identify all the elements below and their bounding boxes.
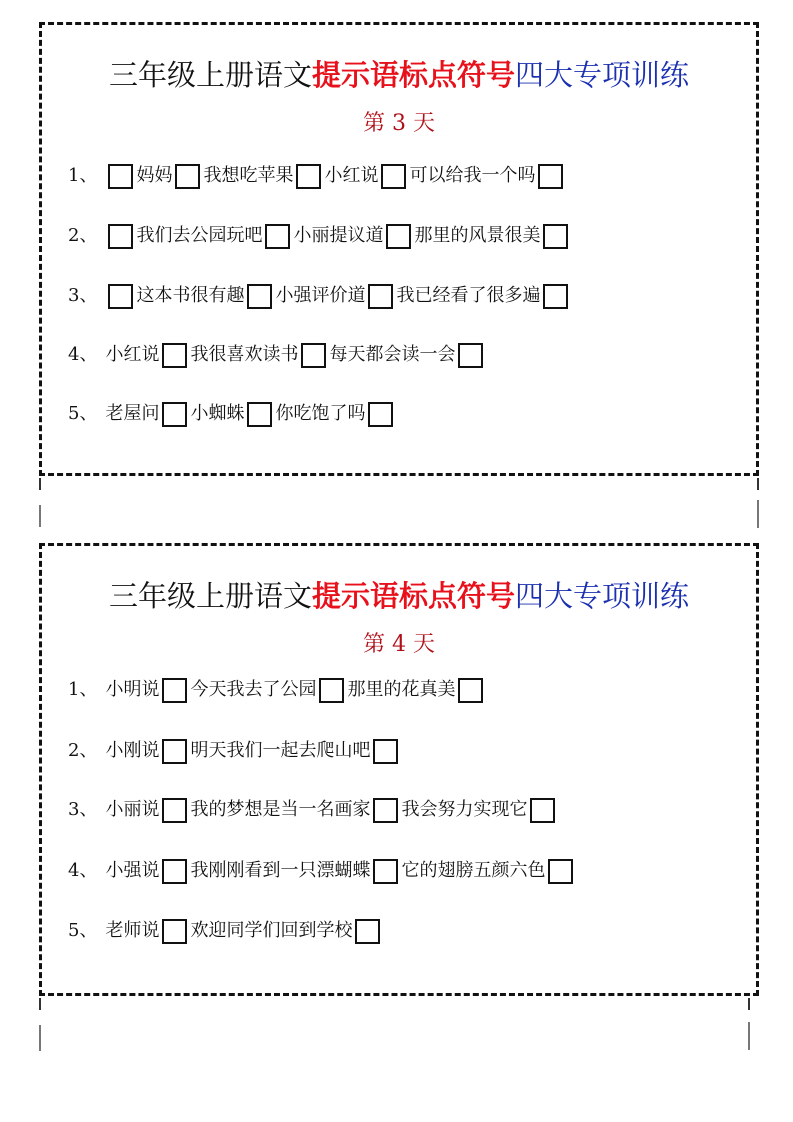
punctuation-blank[interactable]	[162, 739, 187, 764]
day-label: 第 4 天	[42, 630, 756, 660]
exercise-row: 3、 这本书很有趣 小强评价道 我已经看了很多遍	[68, 282, 571, 310]
punctuation-blank[interactable]	[162, 919, 187, 944]
title-grade-part: 三年级上册语文	[109, 579, 312, 613]
cut-line-segment	[757, 478, 759, 490]
cut-line-segment	[748, 998, 750, 1010]
sentence-segment: 明天我们一起去爬山吧	[190, 737, 370, 765]
punctuation-blank[interactable]	[162, 402, 187, 427]
punctuation-blank[interactable]	[458, 678, 483, 703]
punctuation-blank[interactable]	[301, 343, 326, 368]
sentence-segment: 小明说	[105, 676, 159, 704]
punctuation-blank[interactable]	[530, 798, 555, 823]
sentence-segment: 我已经看了很多遍	[396, 282, 540, 310]
sentence-segment: 我们去公园玩吧	[136, 222, 262, 250]
punctuation-blank[interactable]	[373, 739, 398, 764]
punctuation-blank[interactable]	[162, 798, 187, 823]
exercise-number: 5、	[68, 400, 97, 428]
punctuation-blank[interactable]	[108, 224, 133, 249]
sentence-segment: 小刚说	[105, 737, 159, 765]
sentence-segment: 它的翅膀五颜六色	[401, 857, 545, 885]
exercise-row: 5、 老师说 欢迎同学们回到学校	[68, 917, 383, 945]
exercise-row: 4、 小强说 我刚刚看到一只漂蝴蝶 它的翅膀五颜六色	[68, 857, 576, 885]
exercise-row: 5、 老屋问 小蜘蛛 你吃饱了吗	[68, 400, 396, 428]
punctuation-blank[interactable]	[373, 859, 398, 884]
worksheet-title: 三年级上册语文提示语标点符号四大专项训练	[42, 55, 756, 95]
punctuation-blank[interactable]	[458, 343, 483, 368]
sentence-segment: 我会努力实现它	[401, 796, 527, 824]
sentence-segment: 我想吃苹果	[203, 162, 293, 190]
punctuation-blank[interactable]	[538, 164, 563, 189]
sentence-segment: 你吃饱了吗	[275, 400, 365, 428]
punctuation-blank[interactable]	[386, 224, 411, 249]
punctuation-blank[interactable]	[368, 284, 393, 309]
exercise-number: 1、	[68, 676, 97, 704]
exercise-number: 2、	[68, 737, 97, 765]
exercise-row: 1、 妈妈 我想吃苹果 小红说 可以给我一个吗	[68, 162, 566, 190]
exercise-number: 2、	[68, 222, 97, 250]
punctuation-blank[interactable]	[543, 284, 568, 309]
punctuation-blank[interactable]	[265, 224, 290, 249]
punctuation-blank[interactable]	[175, 164, 200, 189]
sentence-segment: 老屋问	[105, 400, 159, 428]
punctuation-blank[interactable]	[162, 859, 187, 884]
exercise-row: 3、 小丽说 我的梦想是当一名画家 我会努力实现它	[68, 796, 558, 824]
exercise-number: 1、	[68, 162, 97, 190]
title-topic-part: 提示语标点符号	[312, 579, 515, 613]
sentence-segment: 可以给我一个吗	[409, 162, 535, 190]
sentence-segment: 欢迎同学们回到学校	[190, 917, 352, 945]
exercise-row: 4、 小红说 我很喜欢读书 每天都会读一会	[68, 341, 486, 369]
punctuation-blank[interactable]	[381, 164, 406, 189]
sentence-segment: 我很喜欢读书	[190, 341, 298, 369]
sentence-segment: 小强评价道	[275, 282, 365, 310]
punctuation-blank[interactable]	[368, 402, 393, 427]
punctuation-blank[interactable]	[247, 402, 272, 427]
cut-line-segment	[39, 505, 41, 527]
title-training-part: 四大专项训练	[515, 58, 689, 92]
sentence-segment: 这本书很有趣	[136, 282, 244, 310]
exercise-row: 2、 小刚说 明天我们一起去爬山吧	[68, 737, 401, 765]
punctuation-blank[interactable]	[108, 284, 133, 309]
exercise-row: 1、 小明说 今天我去了公园 那里的花真美	[68, 676, 486, 704]
title-training-part: 四大专项训练	[515, 579, 689, 613]
punctuation-blank[interactable]	[319, 678, 344, 703]
exercise-number: 3、	[68, 282, 97, 310]
sentence-segment: 小强说	[105, 857, 159, 885]
exercise-number: 4、	[68, 857, 97, 885]
day-label: 第 3 天	[42, 109, 756, 139]
punctuation-blank[interactable]	[355, 919, 380, 944]
punctuation-blank[interactable]	[548, 859, 573, 884]
cut-line-segment	[39, 998, 41, 1010]
exercise-number: 5、	[68, 917, 97, 945]
title-topic-part: 提示语标点符号	[312, 58, 515, 92]
punctuation-blank[interactable]	[162, 343, 187, 368]
sentence-segment: 小红说	[105, 341, 159, 369]
exercise-number: 3、	[68, 796, 97, 824]
sentence-segment: 小丽说	[105, 796, 159, 824]
sentence-segment: 那里的风景很美	[414, 222, 540, 250]
punctuation-blank[interactable]	[108, 164, 133, 189]
punctuation-blank[interactable]	[373, 798, 398, 823]
sentence-segment: 每天都会读一会	[329, 341, 455, 369]
worksheet-title: 三年级上册语文提示语标点符号四大专项训练	[42, 576, 756, 616]
exercise-row: 2、 我们去公园玩吧 小丽提议道 那里的风景很美	[68, 222, 571, 250]
worksheet-day-4: 三年级上册语文提示语标点符号四大专项训练 第 4 天 1、 小明说 今天我去了公…	[39, 543, 759, 996]
worksheet-day-3: 三年级上册语文提示语标点符号四大专项训练 第 3 天 1、 妈妈 我想吃苹果 小…	[39, 22, 759, 476]
cut-line-segment	[748, 1022, 750, 1050]
sentence-segment: 我刚刚看到一只漂蝴蝶	[190, 857, 370, 885]
sentence-segment: 我的梦想是当一名画家	[190, 796, 370, 824]
punctuation-blank[interactable]	[247, 284, 272, 309]
sentence-segment: 妈妈	[136, 162, 172, 190]
sentence-segment: 老师说	[105, 917, 159, 945]
title-grade-part: 三年级上册语文	[109, 58, 312, 92]
cut-line-segment	[757, 500, 759, 528]
punctuation-blank[interactable]	[162, 678, 187, 703]
sentence-segment: 那里的花真美	[347, 676, 455, 704]
punctuation-blank[interactable]	[543, 224, 568, 249]
cut-line-segment	[39, 478, 41, 490]
exercise-number: 4、	[68, 341, 97, 369]
sentence-segment: 小红说	[324, 162, 378, 190]
cut-line-segment	[39, 1025, 41, 1051]
sentence-segment: 今天我去了公园	[190, 676, 316, 704]
punctuation-blank[interactable]	[296, 164, 321, 189]
sentence-segment: 小蜘蛛	[190, 400, 244, 428]
sentence-segment: 小丽提议道	[293, 222, 383, 250]
